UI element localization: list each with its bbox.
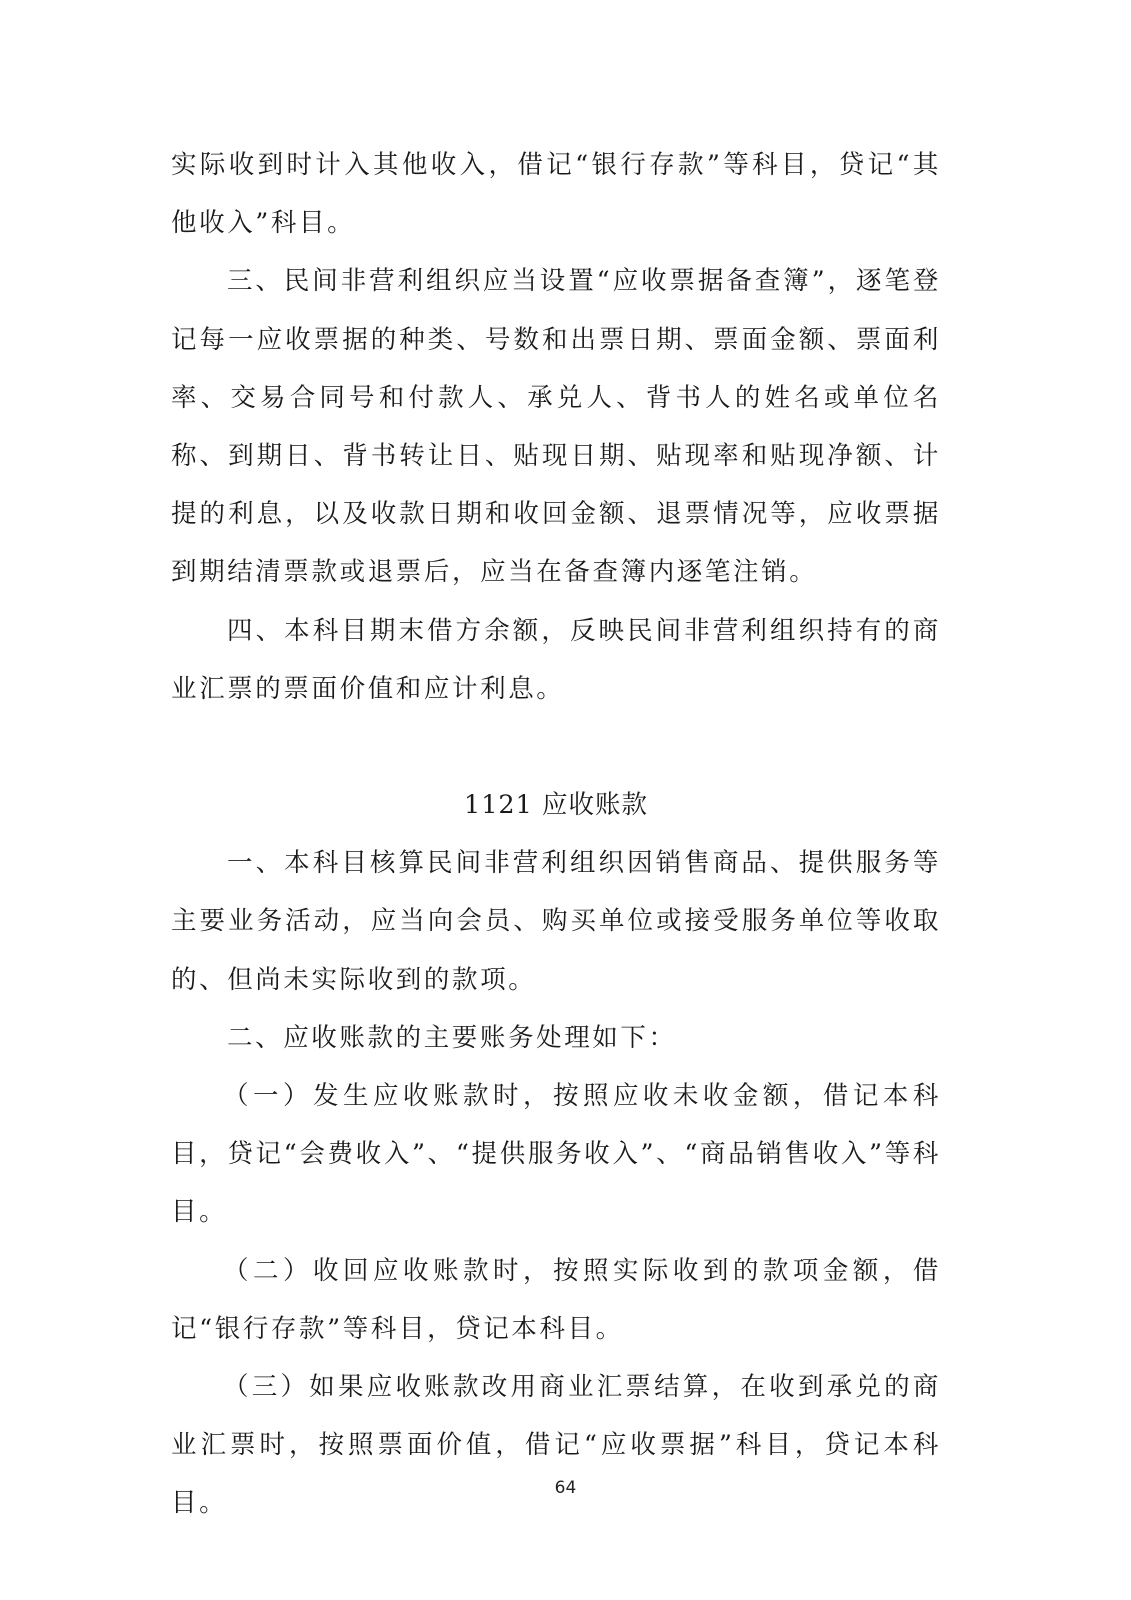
paragraph-item-4: 四、本科目期末借方余额，反映民间非营利组织持有的商业汇票的票面价值和应计利息。 — [171, 602, 941, 718]
paragraph-item-3: 三、民间非营利组织应当设置“应收票据备查簿”，逐笔登记每一应收票据的种类、号数和… — [171, 252, 941, 601]
section-spacer — [171, 718, 941, 776]
paragraph-section-item-2: 二、应收账款的主要账务处理如下： — [171, 1009, 941, 1067]
paragraph-section-item-2-2: （二）收回应收账款时，按照实际收到的款项金额，借记“银行存款”等科目，贷记本科目… — [171, 1242, 941, 1358]
paragraph-section-item-2-1: （一）发生应收账款时，按照应收未收金额，借记本科目，贷记“会费收入”、“提供服务… — [171, 1067, 941, 1242]
paragraph-section-item-2-3: （三）如果应收账款改用商业汇票结算，在收到承兑的商业汇票时，按照票面价值，借记“… — [171, 1358, 941, 1533]
document-body: 实际收到时计入其他收入，借记“银行存款”等科目，贷记“其他收入”科目。 三、民间… — [171, 136, 941, 1533]
paragraph-section-item-1: 一、本科目核算民间非营利组织因销售商品、提供服务等主要业务活动，应当向会员、购买… — [171, 834, 941, 1009]
page-number: 64 — [0, 1478, 1131, 1498]
section-title: 1121 应收账款 — [171, 776, 941, 834]
document-page: 实际收到时计入其他收入，借记“银行存款”等科目，贷记“其他收入”科目。 三、民间… — [0, 0, 1131, 1600]
paragraph-continuation: 实际收到时计入其他收入，借记“银行存款”等科目，贷记“其他收入”科目。 — [171, 136, 941, 252]
